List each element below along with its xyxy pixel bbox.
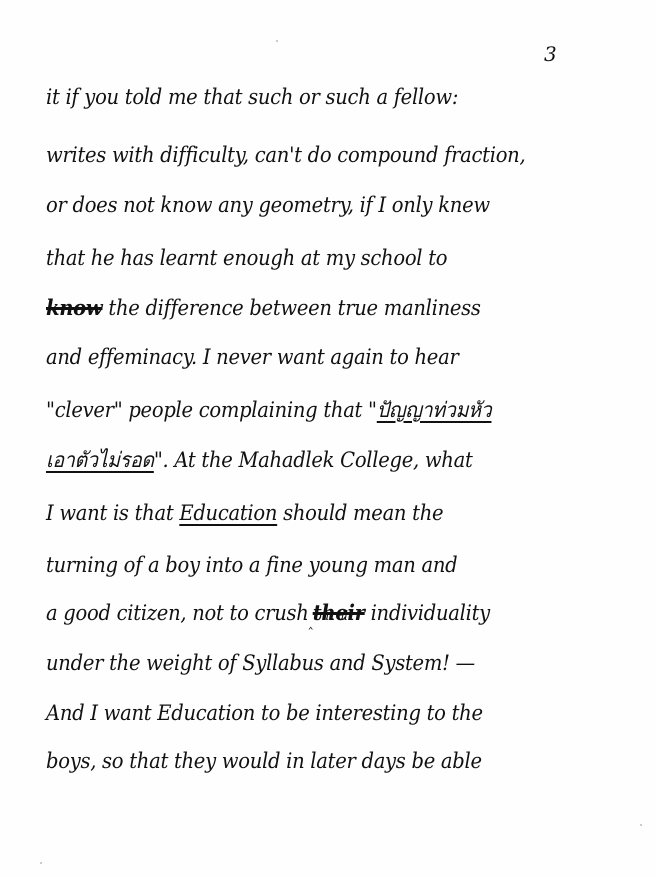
line-text: should mean the [277,501,443,525]
line-text: under the weight of Syllabus and System!… [46,651,475,675]
line-text: individuality [365,601,490,625]
line-text: and effeminacy. I never want again to he… [46,345,459,369]
paper-speck [40,862,42,864]
line-text: ". At the Mahadlek College, what [154,448,473,472]
thai-proverb-part-2: เอาตัวไม่รอด [46,448,154,472]
line-text: I want is that [46,501,179,525]
text-line-4: that he has learnt enough at my school t… [46,245,576,271]
text-line-14: boys, so that they would in later days b… [46,748,576,774]
text-line-5: know the difference between true manline… [46,295,576,321]
line-text: boys, so that they would in later days b… [46,749,482,773]
line-text: the difference between true manliness [102,296,480,320]
line-text: And I want Education to be interesting t… [46,701,483,725]
thai-proverb-part-1: ปัญญาท่วมหัว [377,398,492,422]
text-line-13: And I want Education to be interesting t… [46,700,576,726]
text-line-7: "clever" people complaining that "ปัญญาท… [46,397,576,423]
line-text: writes with difficulty, can't do compoun… [46,143,525,167]
text-line-9: I want is that Education should mean the [46,500,576,526]
text-line-12: under the weight of Syllabus and System!… [46,650,576,676]
underlined-word: Education [179,501,277,525]
line-text: a good citizen, not to crush [46,601,309,625]
text-line-10: turning of a boy into a fine young man a… [46,552,576,578]
page-number: 3 [544,42,557,66]
text-line-11: a good citizen, not to crush‸out allthei… [46,600,576,635]
paper-speck [640,824,642,826]
manuscript-page: 3 it if you told me that such or such a … [0,0,656,877]
line-text: "clever" people complaining that " [46,398,377,422]
text-line-2: writes with difficulty, can't do compoun… [46,142,576,168]
inserted-text: out all [315,604,352,630]
text-line-3: or does not know any geometry, if I only… [46,192,576,218]
paper-speck [276,40,278,42]
line-text: it if you told me that such or such a fe… [46,85,458,109]
struck-word: know [46,295,102,320]
text-line-8: เอาตัวไม่รอด". At the Mahadlek College, … [46,447,576,473]
text-line-1: it if you told me that such or such a fe… [46,84,576,110]
line-text: turning of a boy into a fine young man a… [46,553,457,577]
line-text: that he has learnt enough at my school t… [46,246,447,270]
line-text: or does not know any geometry, if I only… [46,193,490,217]
text-line-6: and effeminacy. I never want again to he… [46,344,576,370]
